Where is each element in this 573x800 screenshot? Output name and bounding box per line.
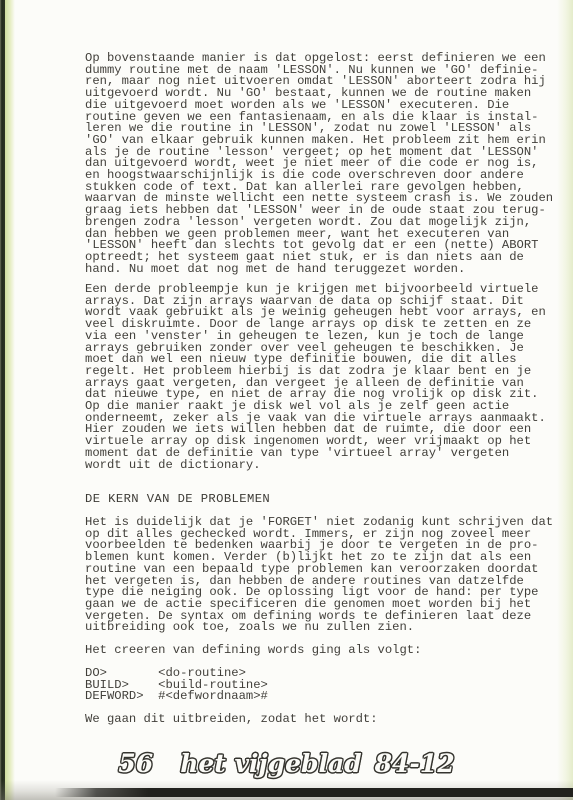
section-heading: DE KERN VAN DE PROBLEMEN bbox=[85, 494, 270, 506]
page-footer: 56 het vijgeblad 84-12 bbox=[0, 750, 573, 778]
scanned-magazine-page: Op bovenstaande manier is dat opgelost: … bbox=[0, 0, 573, 800]
body-paragraph-2: Een derde probleempje kun je krijgen met… bbox=[85, 284, 546, 471]
scan-edge-left-light bbox=[5, 0, 15, 800]
issue-number: 84-12 bbox=[375, 750, 455, 778]
code-outro-line: We gaan dit uitbreiden, zodat het wordt: bbox=[85, 714, 378, 726]
code-intro-line: Het creeren van defining words ging als … bbox=[85, 645, 421, 657]
page-content: Op bovenstaande manier is dat opgelost: … bbox=[85, 0, 573, 800]
body-paragraph-3: Het is duidelijk dat je 'FORGET' niet zo… bbox=[85, 517, 553, 634]
page-number: 56 bbox=[118, 750, 153, 778]
scan-edge-bottom-bar bbox=[55, 788, 573, 797]
magazine-title: het vijgeblad bbox=[180, 750, 361, 778]
body-paragraph-1: Op bovenstaande manier is dat opgelost: … bbox=[85, 53, 553, 275]
code-block: DO> <do-routine> BUILD> <build-routine> … bbox=[85, 668, 268, 703]
